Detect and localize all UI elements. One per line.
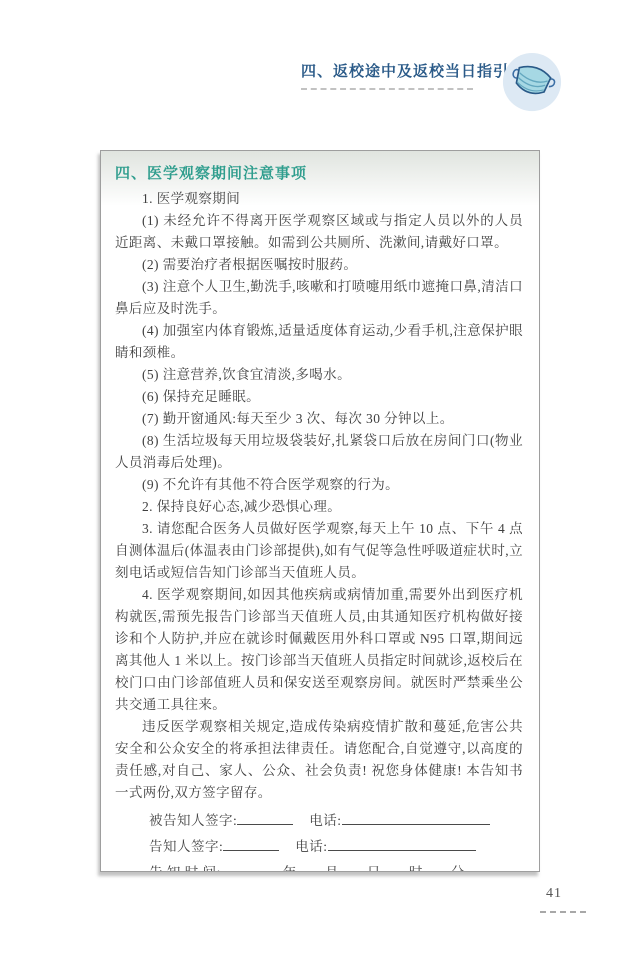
minute-unit: 分 — [451, 865, 465, 872]
notice-paragraph: 1. 医学观察期间 — [115, 188, 523, 210]
notice-box: 四、医学观察期间注意事项 1. 医学观察期间 (1) 未经允许不得离开医学观察区… — [100, 150, 540, 872]
notice-paragraph: 4. 医学观察期间,如因其他疾病或病情加重,需要外出到医疗机构就医,需预先报告门… — [115, 584, 523, 716]
informed-signature-label: 被告知人签字: — [149, 813, 237, 828]
signature-row-datetime: 告 知 时 间:年月日时分 — [149, 860, 523, 872]
footer-dashed-rule — [540, 911, 586, 913]
datetime-label: 告 知 时 间: — [149, 865, 221, 872]
hour-blank — [381, 864, 409, 872]
informed-phone-label: 电话: — [309, 813, 341, 828]
informed-signature-blank — [237, 812, 293, 825]
notice-box-title: 四、医学观察期间注意事项 — [115, 162, 523, 183]
notice-paragraph: 3. 请您配合医务人员做好医学观察,每天上午 10 点、下午 4 点自测体温后(… — [115, 518, 523, 584]
year-blank — [221, 864, 283, 872]
document-page: { "header": { "title": "四、返校途中及返校当日指引" }… — [0, 0, 639, 959]
notice-paragraph: 违反医学观察相关规定,造成传染病疫情扩散和蔓延,危害公共安全和公众安全的将承担法… — [115, 716, 523, 804]
signature-row-informed: 被告知人签字:电话: — [149, 808, 523, 834]
informer-phone-label: 电话: — [295, 839, 327, 854]
chapter-header: 四、返校途中及返校当日指引 — [301, 60, 476, 90]
notice-paragraph: (9) 不允许有其他不符合医学观察的行为。 — [115, 474, 523, 496]
informed-phone-blank — [342, 812, 490, 825]
signature-row-informer: 告知人签字:电话: — [149, 834, 523, 860]
informer-phone-blank — [328, 838, 476, 851]
hour-unit: 时 — [409, 865, 423, 872]
notice-paragraph: (5) 注意营养,饮食宜清淡,多喝水。 — [115, 364, 523, 386]
day-blank — [339, 864, 367, 872]
page-number: 41 — [546, 886, 562, 902]
month-unit: 月 — [325, 865, 339, 872]
year-unit: 年 — [283, 865, 297, 872]
day-unit: 日 — [367, 865, 381, 872]
informer-signature-blank — [223, 838, 279, 851]
informer-signature-label: 告知人签字: — [149, 839, 223, 854]
notice-paragraph: (3) 注意个人卫生,勤洗手,咳嗽和打喷嚏用纸巾遮掩口鼻,清洁口鼻后应及时洗手。 — [115, 276, 523, 320]
notice-paragraph: (4) 加强室内体育锻炼,适量适度体育运动,少看手机,注意保护眼睛和颈椎。 — [115, 320, 523, 364]
chapter-title: 四、返校途中及返校当日指引 — [301, 60, 476, 81]
notice-paragraph: (6) 保持充足睡眠。 — [115, 386, 523, 408]
minute-blank — [423, 864, 451, 872]
header-dashed-rule — [301, 88, 473, 90]
surgical-mask-icon — [501, 51, 563, 113]
notice-paragraph: (2) 需要治疗者根据医嘱按时服药。 — [115, 254, 523, 276]
notice-paragraph: (8) 生活垃圾每天用垃圾袋装好,扎紧袋口后放在房间门口(物业人员消毒后处理)。 — [115, 430, 523, 474]
notice-paragraphs: 1. 医学观察期间 (1) 未经允许不得离开医学观察区域或与指定人员以外的人员近… — [115, 188, 523, 804]
notice-paragraph: (7) 勤开窗通风:每天至少 3 次、每次 30 分钟以上。 — [115, 408, 523, 430]
notice-paragraph: 2. 保持良好心态,减少恐惧心理。 — [115, 496, 523, 518]
month-blank — [297, 864, 325, 872]
notice-paragraph: (1) 未经允许不得离开医学观察区域或与指定人员以外的人员近距离、未戴口罩接触。… — [115, 210, 523, 254]
signature-form: 被告知人签字:电话: 告知人签字:电话: 告 知 时 间:年月日时分 ×××× … — [149, 808, 523, 872]
